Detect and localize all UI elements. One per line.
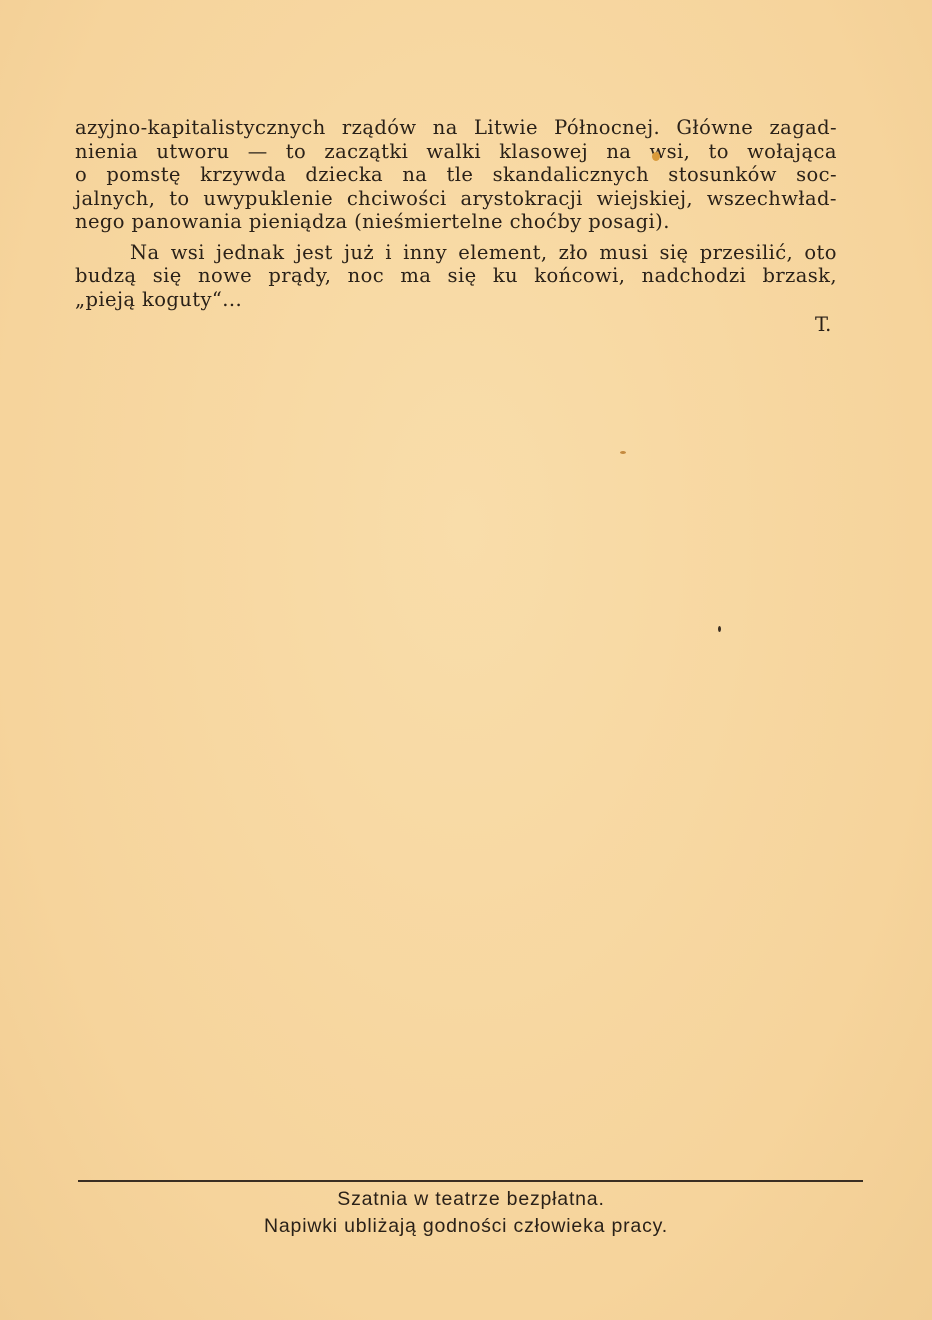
paper-stain [620,451,626,454]
text-line: nego panowania pieniądza (nieśmiertelne … [75,210,837,234]
text-line: jalnych,touwypukleniechciwościarystokrac… [75,187,837,211]
paper-stain [718,626,721,632]
article-text: azyjno-kapitalistycznychrządównaLitwiePó… [75,116,837,311]
text-line: budząsięnoweprądy,nocmasiękukońcowi,nadc… [75,264,837,288]
text-line: nieniautworu—tozaczątkiwalkiklasowejnaws… [75,140,837,164]
text-line: azyjno-kapitalistycznychrządównaLitwiePó… [75,116,837,140]
text-line: opomstękrzywdadzieckanatleskandalicznych… [75,163,837,187]
text-line: Nawsijednakjestjużiinnyelement,złomusisi… [75,241,837,265]
author-signature: T. [815,313,831,336]
paper-stain [652,152,660,161]
footer-line-2: Napiwki ubliżają godności człowieka prac… [0,1213,932,1240]
paragraph-1: azyjno-kapitalistycznychrządównaLitwiePó… [75,116,837,234]
footer-notice: Szatnia w teatrze bezpłatna. Napiwki ubl… [0,1186,932,1240]
paragraph-2: Nawsijednakjestjużiinnyelement,złomusisi… [75,241,837,312]
divider-rule [78,1180,863,1182]
text-line: „pieją koguty“... [75,288,837,312]
footer-line-1: Szatnia w teatrze bezpłatna. [0,1186,932,1213]
